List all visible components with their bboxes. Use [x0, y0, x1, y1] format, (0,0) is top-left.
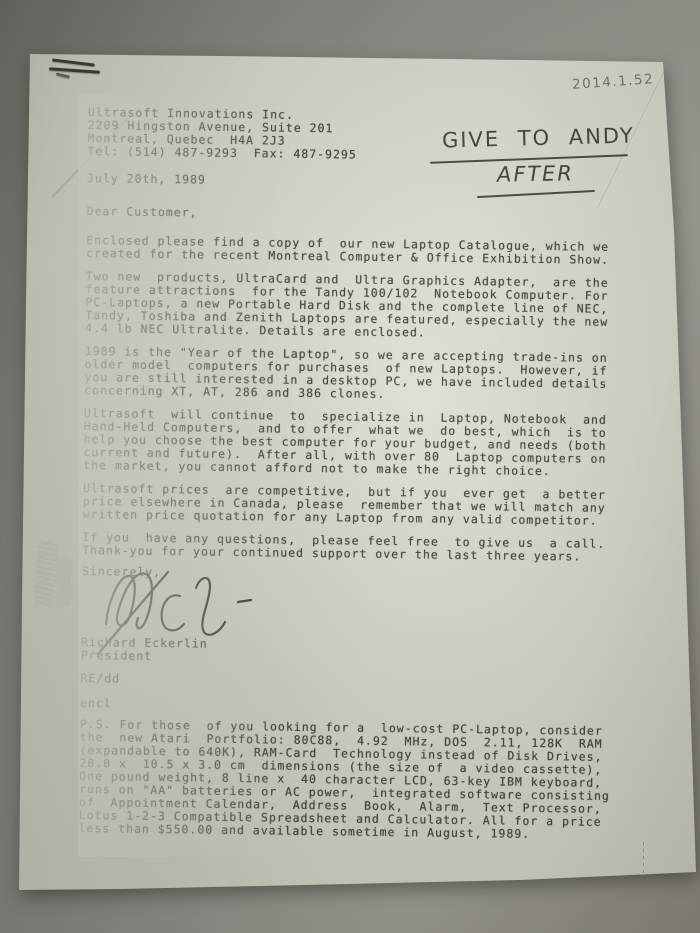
staple-icon	[52, 58, 95, 66]
signature	[88, 562, 268, 662]
paragraph-5: Ultrasoft prices are competitive, but if…	[83, 482, 628, 528]
paragraph-2: Two new products, UltraCard and Ultra Gr…	[85, 270, 631, 342]
letter-paper: 2014.1.52 GIVE TO ANDY AFTER Ultrasoft I…	[0, 0, 700, 933]
paper-crinkle	[643, 842, 644, 878]
reference-initials: RE/dd	[80, 672, 625, 692]
paper-sheet: 2014.1.52 GIVE TO ANDY AFTER Ultrasoft I…	[0, 0, 700, 933]
postscript: P.S. For those of you looking for a low-…	[78, 718, 624, 842]
paragraph-1: Enclosed please find a copy of our new L…	[86, 234, 631, 267]
accession-number-handwriting: 2014.1.52	[572, 71, 655, 93]
paragraph-4: Ultrasoft will continue to specialize in…	[83, 407, 629, 479]
staple-icon	[56, 72, 70, 78]
faint-pencil-smudge	[56, 558, 72, 606]
letter-body: Ultrasoft Innovations Inc. 2209 Hingston…	[78, 106, 632, 842]
photo-background: 2014.1.52 GIVE TO ANDY AFTER Ultrasoft I…	[0, 0, 700, 933]
faint-pencil-smudge	[34, 541, 59, 608]
date-line: July 20th, 1989	[87, 172, 632, 192]
paragraph-3: 1989 is the "Year of the Laptop", so we …	[84, 345, 630, 404]
letterhead: Ultrasoft Innovations Inc. 2209 Hingston…	[87, 106, 633, 165]
enclosure-notation: encl	[80, 697, 625, 717]
paragraph-6: If you have any questions, please feel f…	[82, 531, 627, 564]
salutation: Dear Customer,	[87, 205, 632, 225]
